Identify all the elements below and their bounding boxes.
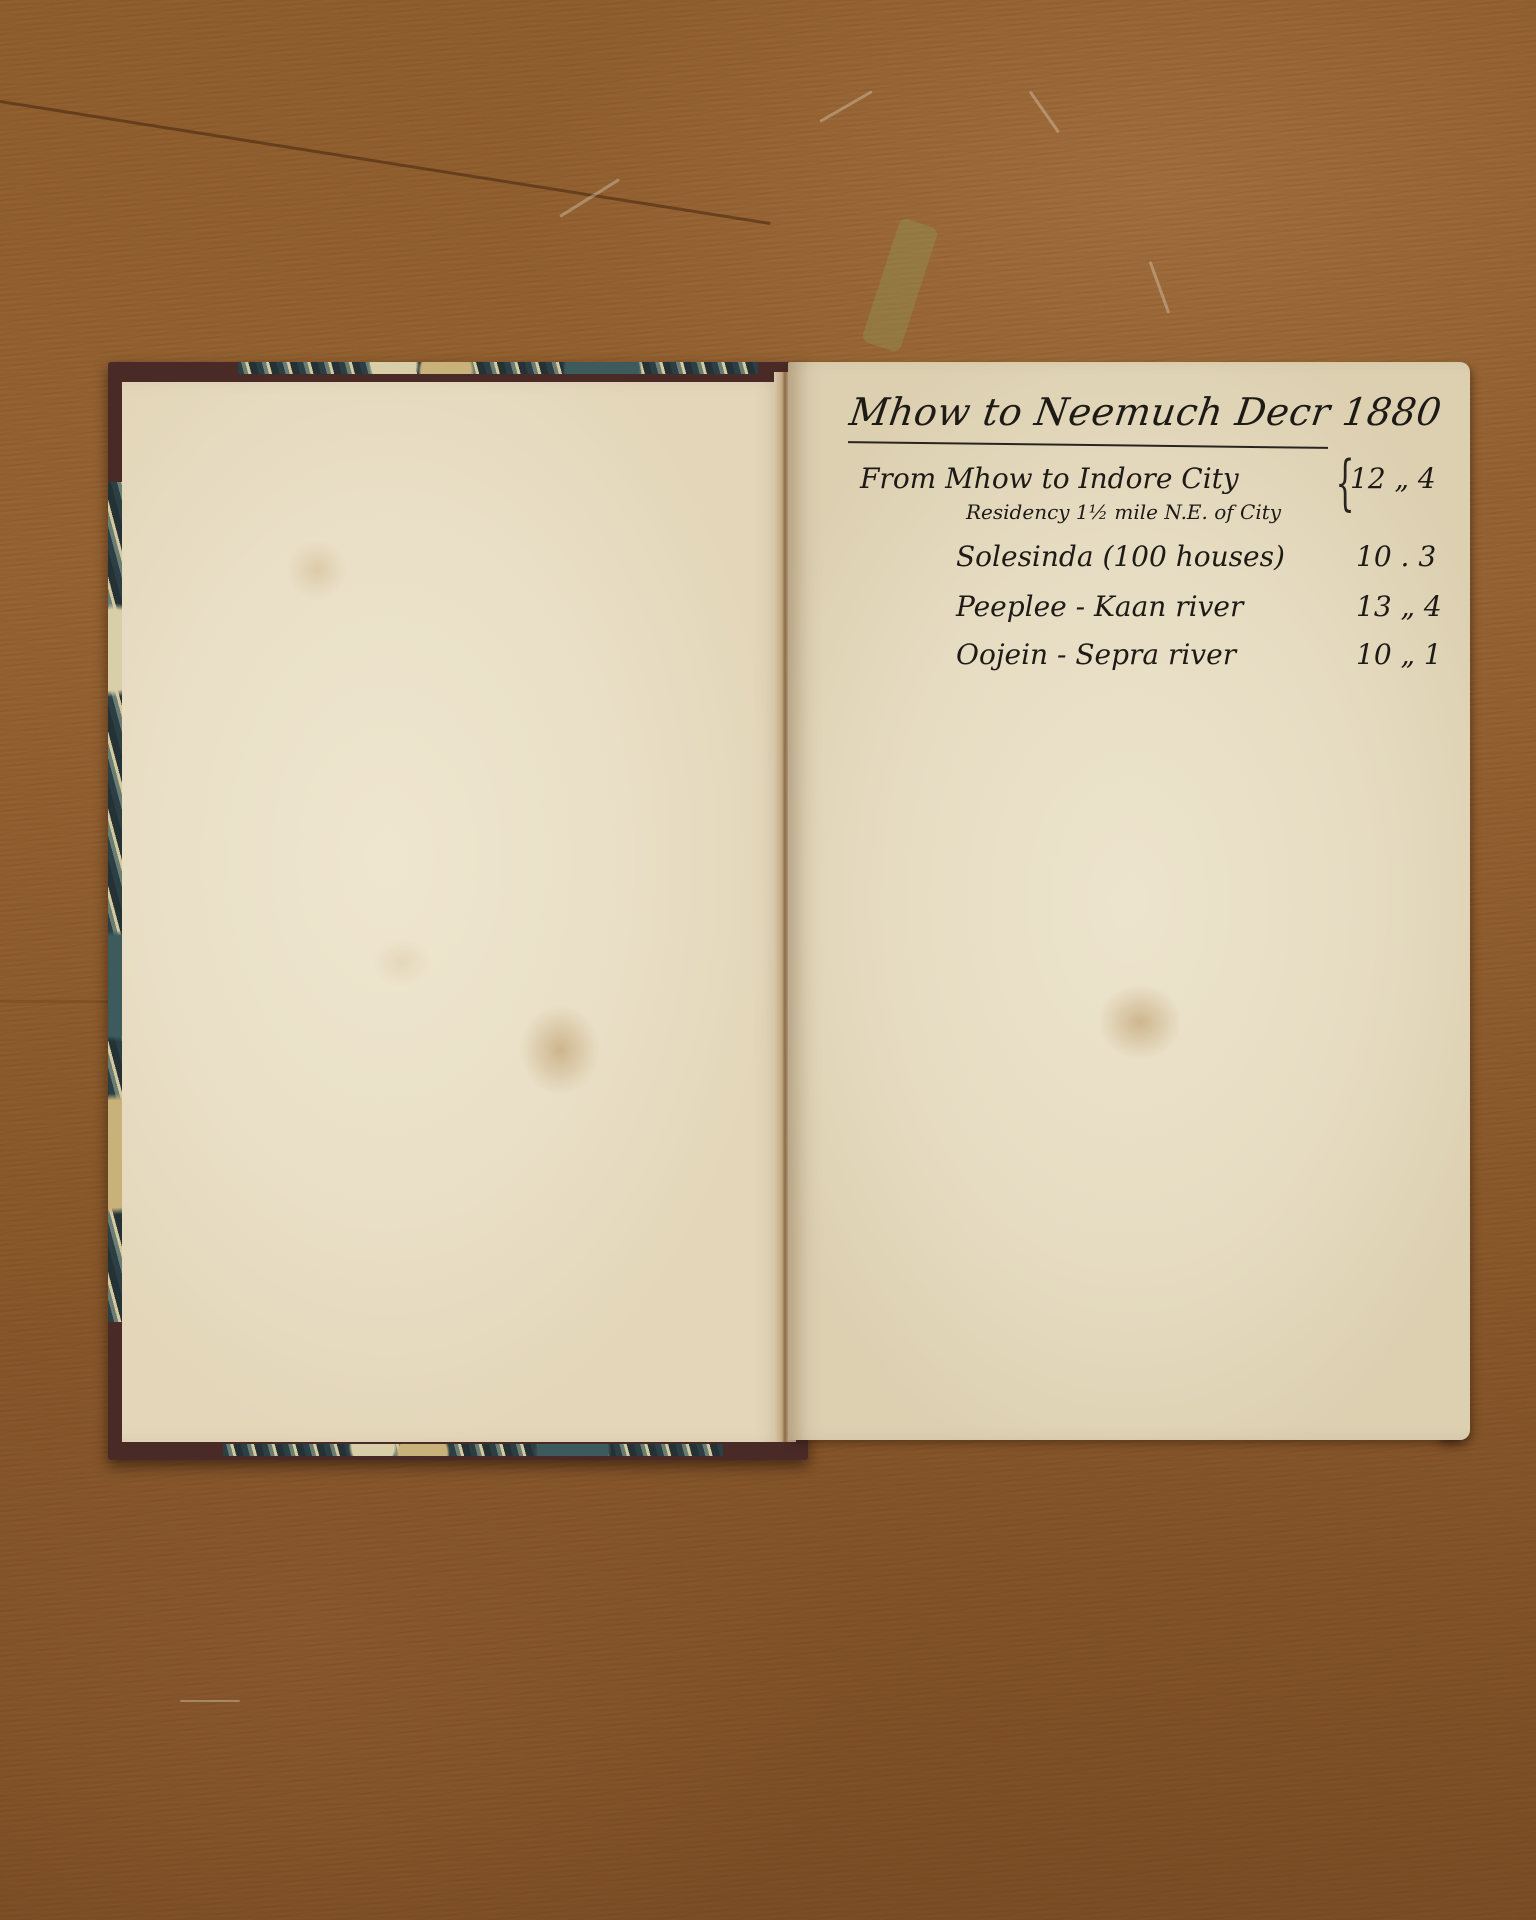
- open-notebook: Mhow to Neemuch Decr 1880 From Mhow to I…: [108, 362, 1478, 1460]
- marbled-endpaper-left-edge: [108, 482, 122, 1322]
- entry-note: Residency 1½ mile N.E. of City: [966, 500, 1281, 524]
- entry-label: Solesinda (100 houses): [956, 540, 1285, 573]
- left-page-blank: [122, 382, 784, 1442]
- entry-label: From Mhow to Indore City: [860, 462, 1239, 495]
- title-underline: [848, 441, 1328, 449]
- right-page: Mhow to Neemuch Decr 1880 From Mhow to I…: [788, 362, 1470, 1440]
- marbled-endpaper-bottom-edge: [223, 1444, 723, 1456]
- entry-label: Peeplee - Kaan river: [956, 590, 1243, 623]
- wood-scratch: [180, 1700, 240, 1702]
- entry-label: Oojein - Sepra river: [956, 638, 1236, 671]
- entry-distance: 10 . 3: [1356, 540, 1436, 573]
- entry-distance: 10 „ 1: [1356, 638, 1442, 671]
- page-title: Mhow to Neemuch Decr 1880: [847, 390, 1445, 434]
- entry-distance: 12 „ 4: [1350, 462, 1436, 495]
- entry-distance: 13 „ 4: [1356, 590, 1442, 623]
- wood-seam: [0, 1000, 120, 1003]
- marbled-endpaper-top-edge: [238, 362, 758, 374]
